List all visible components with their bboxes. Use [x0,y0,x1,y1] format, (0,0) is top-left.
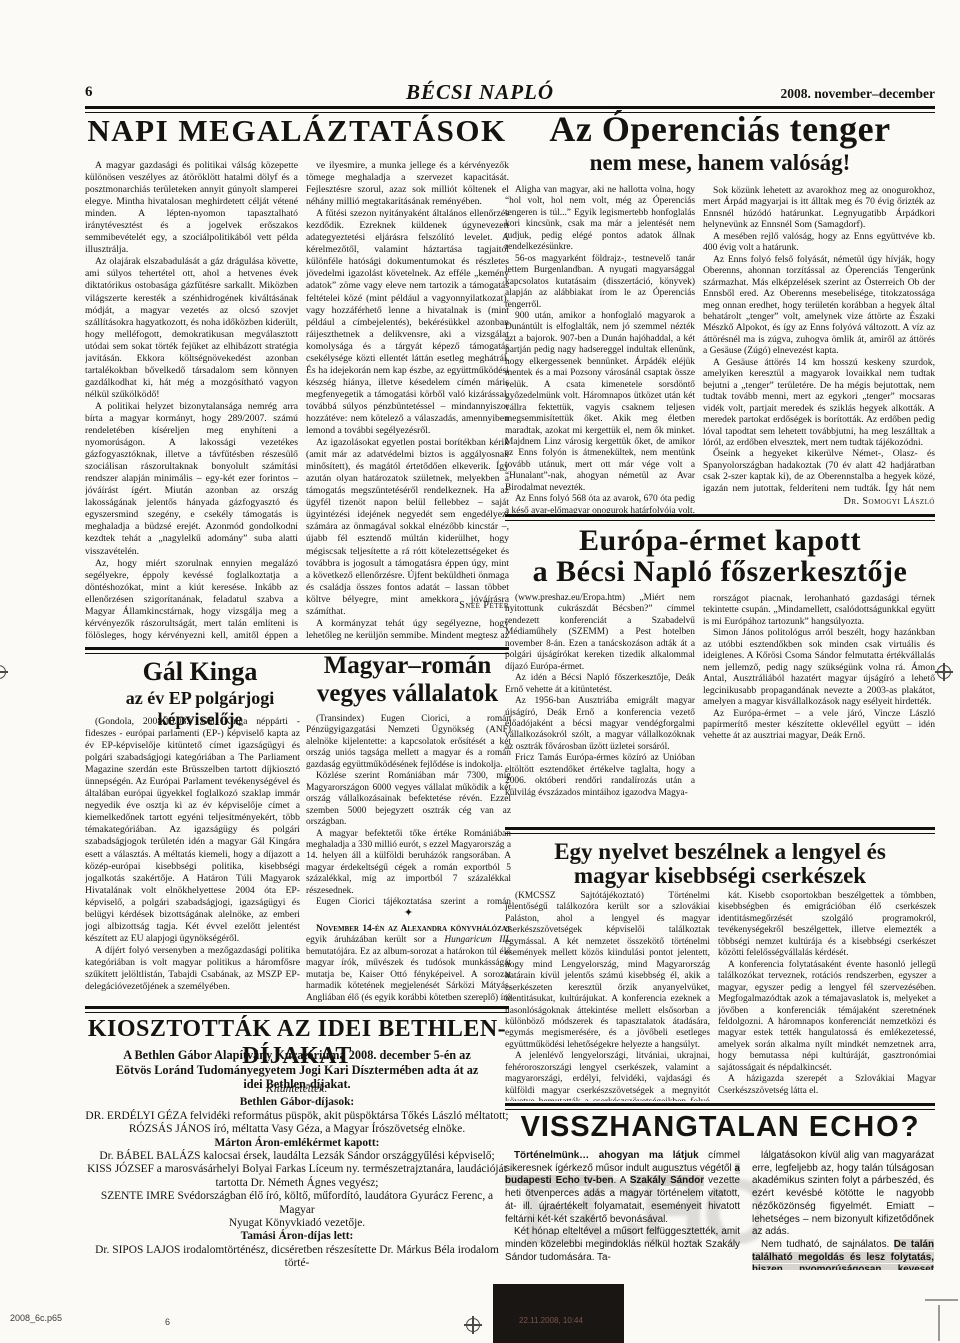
footer-timestamp: 22.11.2008, 10:44 [519,1316,583,1325]
paragraph: A díjért folyó versenyben a mezőgazdaság… [85,945,300,993]
crop-mark [925,1299,958,1301]
magyar-roman-column: (Transindex) Eugen Ciorici, a román Pénz… [306,714,511,906]
paragraph: tartotta Dr. Németh Ágnes vegyész; [85,1177,509,1190]
paragraph: A konferencia folytatásaként évente haso… [718,960,936,1075]
egy-nyelvet-column-2: kát. Kisebb csoportokban beszélgettek a … [718,891,936,1101]
headline-visszhangtalan-echo: VISSZHANGTALAN ECHO? [505,1111,935,1144]
paragraph: Eugen Ciorici tájékoztatása szerint a ro… [306,897,511,906]
paragraph: Simon János politológus arról beszélt, h… [703,627,935,707]
paragraph: Az olajárak elszabadulását a gáz drágulá… [85,256,298,401]
text-segment: . A [613,1175,629,1186]
paragraph: lálgatásokon kívül alig van magyarázat e… [752,1150,934,1239]
paragraph: Az, hogy miért szorulnak ennyien megaláz… [85,558,298,643]
europa-erem-column-2: rországot piacnak, lerohanható gazdasági… [703,593,935,825]
headline-part-heavy: ECHO [809,1111,901,1143]
paragraph: KISS JÓZSEF a marosvásárhelyi Bolyai Far… [85,1163,509,1176]
registration-mark-icon [937,665,951,679]
operencias-column-1: Aligha van magyar, aki ne hallotta volna… [505,185,695,513]
text-segment: Szakály Sándor [630,1175,704,1186]
paragraph: Közlése szerint Romániában már 7300, míg… [306,771,511,828]
paragraph: rországot piacnak, lerohanható gazdasági… [703,593,935,627]
paragraph: Nyugat Könyvkiadó vezetője. [85,1217,509,1230]
paragraph: (Transindex) Eugen Ciorici, a román Pénz… [306,714,511,771]
headline-europa-erem-line2: a Bécsi Napló főszerkesztője [505,555,935,589]
paragraph: A magyar befektetői tőke értéke Romániáb… [306,829,511,898]
paragraph: A kormányzat tehát úgy segélyezne, hogy … [306,618,509,643]
bethlen-award-list: Kitüntetettek:Bethlen Gábor-díjasok:DR. … [85,1083,509,1271]
text-segment: bemutatójára. Ez az album-sorozat a hatá… [306,947,511,1004]
paragraph: DR. ERDÉLYI GÉZA felvidéki református pü… [85,1110,509,1123]
registration-mark-icon [0,665,6,679]
paragraph: Kitüntetettek: [85,1083,509,1096]
paragraph: Sok közünk lehetett az avarokhoz meg az … [703,185,935,231]
footer-page-number: 6 [165,1317,170,1327]
text-segment: Hungaricum III. [444,935,511,945]
headline-part-normal: VISSZHANGTALAN [521,1111,809,1143]
napi-column-2: ve ilyesmire, a munka jellege és a kérvé… [306,160,509,643]
echo-column-2: lálgatásokon kívül alig van magyarázat e… [752,1150,934,1270]
paragraph: (www.preshaz.eu/Eropa.htm) „Miért nem ny… [505,593,695,673]
headline-egy-nyelvet-line1: Egy nyelvet beszélnek a lengyel és [505,839,935,865]
headline-operencias-line1: Az Óperenciás tenger [505,108,935,150]
headline-gal-kinga-line1: Gál Kinga [85,657,315,687]
headline-egy-nyelvet-line2: magyar kisebbségi cserkészek [505,863,935,889]
paragraph: Az Európa-érmet – a vele járó, Vincze Lá… [703,708,935,742]
paragraph: kát. Kisebb csoportokban beszélgettek a … [718,891,936,960]
text-segment: November 14-én az Alexandra könyvhálózat [316,924,511,934]
paragraph: Az Enns folyó felső folyását, németül úg… [703,254,935,357]
footer-print-bar: 22.11.2008, 10:44 [493,1284,624,1343]
diamond-separator-icon: ✦ [306,906,511,919]
paragraph: Nem tudható, de sajnálatos. De talán tal… [752,1239,934,1270]
byline-snee-peter: Sneé Péter [306,600,515,611]
paragraph: Az 1956-ban Ausztriába emigrált magyar ú… [505,696,695,753]
paragraph: A jelenlévő lengyelországi, litvániai, u… [505,1051,710,1101]
paragraph: A politikai helyzet bizonytalansága nemr… [85,401,298,558]
paragraph: A fűtési szezon nyitányaként általános e… [306,208,509,437]
divider-rule [505,514,935,521]
crop-mark [938,1305,940,1341]
paragraph: Két hónap elteltével a műsort felfüggesz… [505,1226,740,1264]
paragraph: Dr. SIPOS LAJOS irodalomtörténész, dicsé… [85,1244,509,1271]
europa-erem-column-1: (www.preshaz.eu/Eropa.htm) „Miért nem ny… [505,593,695,825]
paragraph: November 14-én az Alexandra könyvhálózat… [306,924,511,1004]
operencias-column-2: Sok közünk lehetett az avarokhoz meg az … [703,185,935,495]
paragraph: Bethlen Gábor-díjasok: [85,1096,509,1109]
paragraph: SZENTE IMRE Svédországban élő író, költő… [85,1190,509,1217]
echo-column-1: Történelmünk… ahogyan ma látjuk címmel s… [505,1150,740,1270]
divider-rule [505,1103,935,1110]
headline-europa-erem-line1: Európa-érmet kapott [505,524,935,558]
paragraph: Az idén a Bécsi Napló főszerkesztője, De… [505,673,695,696]
paragraph: Őseink a hegyeket kikerülve Német-, Olas… [703,448,935,495]
footer-file-label: 2008_6c.p65 [10,1313,62,1323]
paragraph: 56-os magyarként földrajz-, testnevelő t… [505,254,695,311]
paragraph: Történelmünk… ahogyan ma látjuk címmel s… [505,1150,740,1226]
paragraph: Dr. BÁBEL BALÁZS kalocsai érsek, laudált… [85,1150,509,1163]
paragraph: (Gondola, 2008.10.08.) Gál Kinga néppárt… [85,716,300,945]
headline-napi-megalaztatasok: NAPI MEGALÁZTATÁSOK [85,113,509,149]
headline-magyar-roman-line2: vegyes vállalatok [306,680,509,708]
paragraph: A Gesäuse áttörés 14 km hosszú keskeny s… [703,357,935,449]
gal-kinga-column: (Gondola, 2008.10.08.) Gál Kinga néppárt… [85,716,300,994]
issue-date: 2008. november–december [635,86,935,102]
text-segment: Nem tudható, de sajnálatos. [761,1239,894,1250]
text-segment: Történelmünk… ahogyan ma látjuk [514,1150,699,1161]
paragraph: Az Enns folyó 568 óta az avarok, 670 óta… [505,494,695,513]
byline-somogyi-laszlo: Dr. Somogyi László [703,496,941,507]
paragraph: Fricz Tamás Európa-érmes közíró az Uniób… [505,753,695,799]
paragraph: RÓZSÁS JÁNOS író, méltatta Vasy Géza, a … [85,1123,509,1136]
text-segment: egyik áruházában került sor a [306,935,444,945]
november-news-item: November 14-én az Alexandra könyvhálózat… [306,924,511,1004]
paragraph: A házigazda szerepét a Szlovákiai Magyar… [718,1074,936,1097]
paragraph: A mesében rejlő valóság, hogy az Enns eg… [703,231,935,254]
paragraph: Márton Áron-emlékérmet kapott: [85,1137,509,1150]
paragraph: 900 után, amikor a honfoglaló magyarok a… [505,311,695,494]
headline-operencias-line2: nem mese, hanem valóság! [505,150,935,176]
paragraph: Tamási Áron-díjas lett: [85,1230,509,1243]
egy-nyelvet-column-1: (KMCSSZ Sajtótájékoztató) Történelmi jel… [505,891,710,1101]
paragraph: Az igazolásokat egyetlen postai borítékb… [306,437,509,618]
paragraph: A magyar gazdasági és politikai válság k… [85,160,298,256]
paragraph: Aligha van magyar, aki ne hallotta volna… [505,185,695,254]
napi-column-1: A magyar gazdasági és politikai válság k… [85,160,298,643]
divider-rule [505,827,935,834]
headline-magyar-roman-line1: Magyar–román [306,652,509,680]
paragraph: (KMCSSZ Sajtótájékoztató) Történelmi jel… [505,891,710,1051]
headline-part-question: ? [901,1111,920,1143]
paragraph: ve ilyesmire, a munka jellege és a kérvé… [306,160,509,208]
divider-rule [85,1006,509,1013]
registration-mark-icon [466,1318,480,1332]
